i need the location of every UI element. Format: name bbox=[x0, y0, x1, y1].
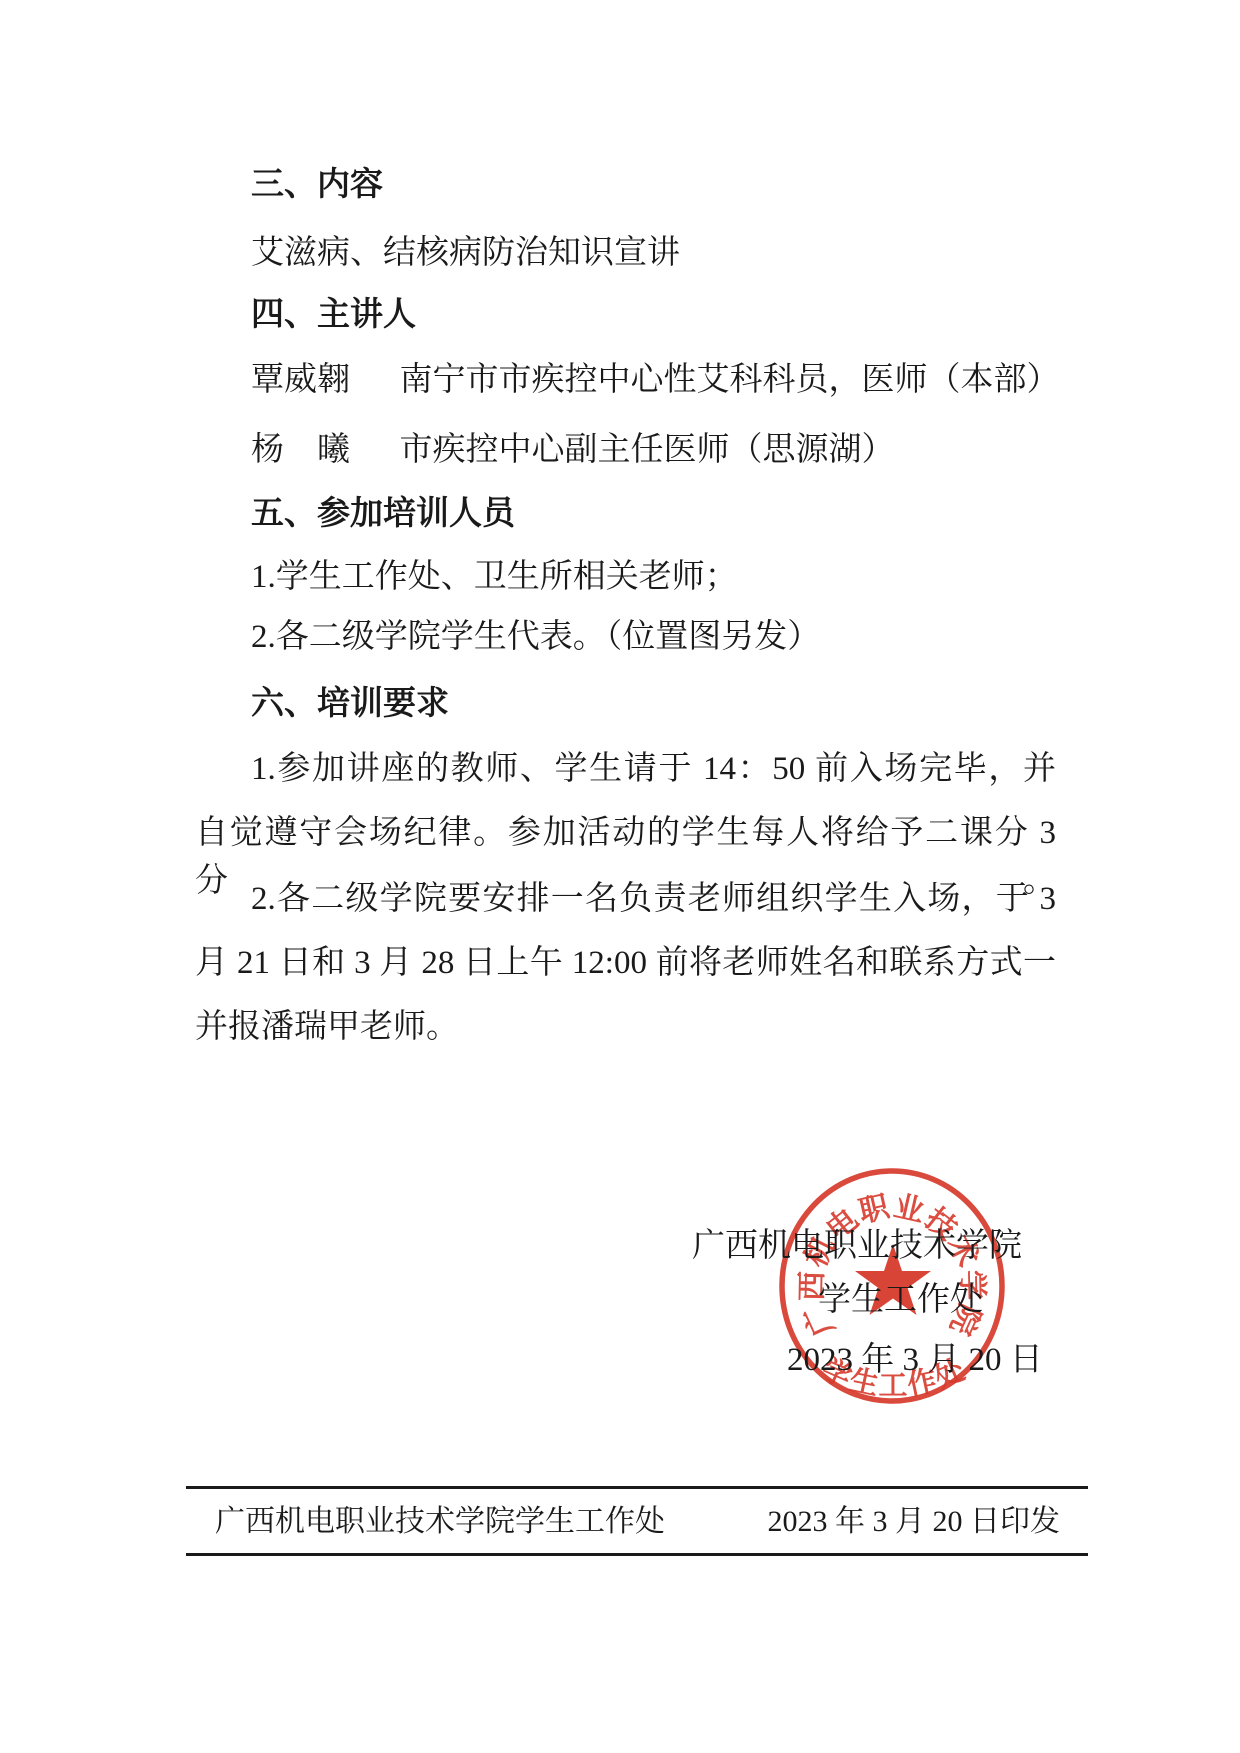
footer-issuer: 广西机电职业技术学院学生工作处 bbox=[215, 1501, 665, 1543]
paragraph-line: 并报潘瑞甲老师。 bbox=[195, 1003, 459, 1051]
signature-organization: 广西机电职业技术学院 bbox=[692, 1222, 1022, 1270]
signature-date: 2023 年 3 月 20 日 bbox=[787, 1336, 1043, 1384]
footer-divider-top bbox=[186, 1486, 1088, 1489]
paragraph-line: 覃威翱 南宁市市疾控中心性艾科科员，医师（本部） bbox=[251, 356, 1060, 404]
paragraph-line: 艾滋病、结核病防治知识宣讲 bbox=[251, 229, 680, 277]
document-page: 三、内容 艾滋病、结核病防治知识宣讲 四、主讲人 覃威翱 南宁市市疾控中心性艾科… bbox=[0, 0, 1240, 1753]
section-heading-content: 三、内容 bbox=[251, 160, 383, 208]
paragraph-line: 1.学生工作处、卫生所相关老师； bbox=[251, 553, 738, 601]
footer-divider-bottom bbox=[186, 1553, 1088, 1556]
paragraph-line: 杨 曦 市疾控中心副主任医师（思源湖） bbox=[251, 426, 895, 474]
paragraph-line: 2.各二级学院要安排一名负责老师组织学生入场，于 3 bbox=[251, 875, 1056, 923]
paragraph-line: 2.各二级学院学生代表。（位置图另发） bbox=[251, 613, 820, 661]
signature-department: 学生工作处 bbox=[818, 1276, 983, 1324]
paragraph-line: 月 21 日和 3 月 28 日上午 12:00 前将老师姓名和联系方式一 bbox=[195, 939, 1056, 987]
section-heading-participants: 五、参加培训人员 bbox=[251, 489, 515, 537]
footer-print-date: 2023 年 3 月 20 日印发 bbox=[768, 1501, 1061, 1543]
section-heading-requirements: 六、培训要求 bbox=[251, 679, 449, 727]
paragraph-line: 1.参加讲座的教师、学生请于 14：50 前入场完毕，并 bbox=[251, 745, 1056, 793]
section-heading-speakers: 四、主讲人 bbox=[251, 290, 416, 338]
